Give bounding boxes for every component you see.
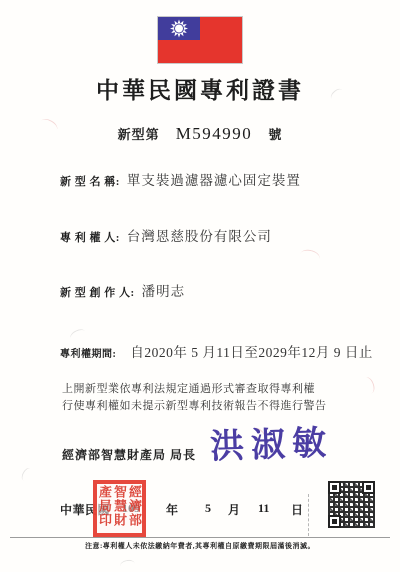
field-patentee: 專 利 權 人: 台灣恩慈股份有限公司	[60, 225, 272, 246]
patent-number-line: 新型第 M594990 號	[0, 124, 400, 144]
field-model-name: 新 型 名 稱: 單支裝過濾器濾心固定裝置	[60, 169, 301, 190]
qr-finder-icon	[328, 515, 341, 528]
paper-fiber	[119, 559, 136, 571]
qr-finder-icon	[362, 481, 375, 494]
patent-term-row: 專利權期間: 自2020年 5 月11日至2029年12月 9 日止	[60, 341, 373, 362]
roc-flag-icon	[158, 17, 242, 63]
official-seal-stamp: 經濟部智慧財產局印	[93, 480, 146, 537]
qr-code	[328, 481, 375, 528]
date-year-unit: 年	[166, 501, 178, 518]
director-signature: 洪淑敏	[209, 415, 334, 468]
field-label: 新 型 名 稱:	[60, 176, 120, 188]
patent-number-suffix: 號	[268, 124, 282, 143]
certificate-title: 中華民國專利證書	[0, 72, 400, 105]
legal-statement: 上開新型業依專利法規定通過形式審查取得專利權 行使專利權如未提示新型專利技術報告…	[62, 381, 327, 414]
paper-fiber	[299, 248, 322, 266]
patent-number: M594990	[176, 124, 253, 144]
field-label: 新 型 創 作 人:	[60, 287, 135, 299]
qr-finder-icon	[328, 481, 341, 494]
patent-term-value: 自2020年 5 月11日至2029年12月 9 日止	[130, 345, 373, 360]
paper-fiber	[20, 466, 35, 483]
field-value: 單支裝過濾器濾心固定裝置	[127, 173, 301, 188]
date-day: 11	[258, 501, 269, 516]
patent-number-prefix: 新型第	[118, 124, 160, 143]
perforation-marks	[308, 494, 309, 536]
paper-fiber	[360, 376, 376, 396]
issuer-title: 經濟部智慧財產局 局長	[62, 446, 196, 463]
seal-text: 經濟部智慧財產局印	[97, 485, 142, 532]
date-day-unit: 日	[291, 501, 303, 518]
patent-certificate: 中華民國專利證書 新型第 M594990 號 新 型 名 稱: 單支裝過濾器濾心…	[0, 0, 400, 572]
date-month: 5	[205, 501, 211, 516]
flag-canton-sun-icon	[158, 17, 200, 40]
field-value: 台灣恩慈股份有限公司	[127, 229, 272, 244]
footer-note: 注意:專利權人未依法繳納年費者,其專利權自原繳費期限屆滿後消滅。	[0, 541, 400, 551]
footer-divider	[10, 537, 390, 538]
patent-term-label: 專利權期間:	[60, 349, 116, 360]
field-creator: 新 型 創 作 人: 潘明志	[60, 280, 185, 301]
legal-line-1: 上開新型業依專利法規定通過形式審查取得專利權	[62, 381, 327, 398]
field-label: 專 利 權 人:	[60, 232, 120, 244]
field-value: 潘明志	[142, 284, 186, 299]
date-month-unit: 月	[228, 501, 240, 518]
legal-line-2: 行使專利權如未提示新型專利技術報告不得進行警告	[62, 398, 327, 415]
